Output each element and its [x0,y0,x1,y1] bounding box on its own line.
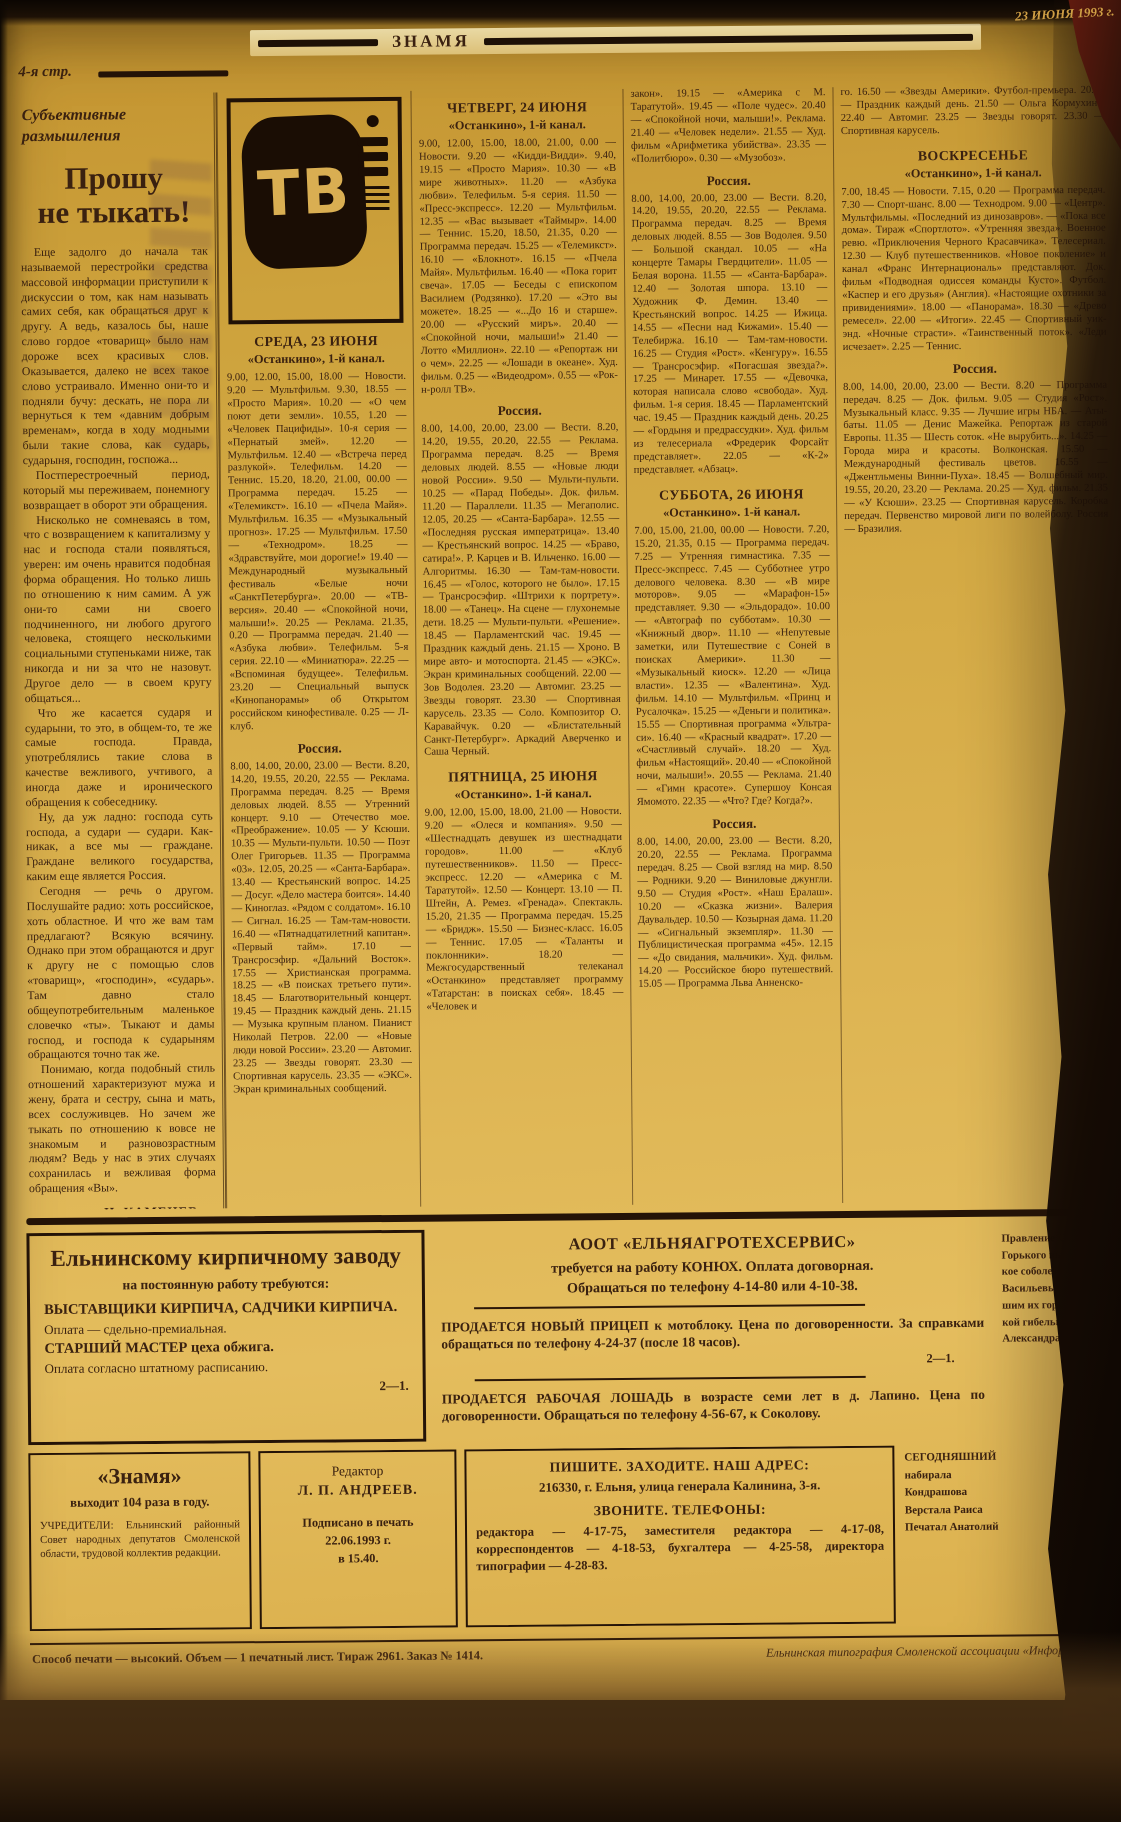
paper-founders: УЧРЕДИТЕЛИ: Ельнинский районный Совет на… [40,1517,240,1561]
channel-heading-rossiya: Россия. [631,172,826,190]
ads-right-stack: АООТ «ЕЛЬНЯАГРОТЕХСЕРВИС» требуется на р… [424,1225,995,1442]
day-heading-saturday: СУББОТА, 26 ИЮНЯ [634,486,829,504]
ad-subtitle: на постоянную работу требуются: [44,1275,408,1294]
tv-listing-friday-continued: закон». 19.15 — «Америка с М. Таратутой»… [630,87,826,166]
ad-title: АООТ «ЕЛЬНЯАГРОТЕХСЕРВИС» [440,1231,983,1256]
classified-ads-section: Ельнинскому кирпичному заводу на постоян… [22,1224,1121,1446]
tv-listing-friday-ostankino: 9.00, 12.00, 15.00, 18.00, 21.00 — Новос… [425,806,624,1014]
contact-box: ПИШИТЕ. ЗАХОДИТЕ. НАШ АДРЕС: 216330, г. … [464,1446,896,1628]
tv-listing-thursday-rossiya: 8.00, 14.00, 20.00, 23.00 — Вести. 8.20,… [421,422,621,760]
editor-name: Л. П. АНДРЕЕВ. [270,1483,446,1501]
channel-heading-rossiya: Россия. [421,402,618,420]
editor-box: Редактор Л. П. АНДРЕЕВ. Подписано в печа… [258,1449,458,1629]
tv-column-friday-saturday: закон». 19.15 — «Америка с М. Таратутой»… [622,87,842,1205]
masthead-strip: ЗНАМЯ [250,24,981,56]
newspaper-masthead: ЗНАМЯ [392,31,470,52]
header-rule-left [98,70,228,77]
page-number-label: 4-я стр. [18,64,72,81]
tv-listing-saturday-rossiya: 8.00, 14.00, 20.00, 23.00 — Вести. 8.20,… [637,835,833,992]
ad-repeat-mark: 2—1. [441,1351,954,1370]
article-paragraph: Нисколько не сомневаясь в том, что с воз… [23,511,212,706]
paper-name: «Знамя» [39,1462,239,1490]
photo-blurred-bottom-edge [0,1632,1121,1822]
tv-listing-wednesday-ostankino: 9.00, 12.00, 15.00, 18.00 — Новости. 9.2… [227,371,409,734]
article-paragraph: Ну, да уж ладно: господа суть господа, а… [26,808,214,884]
tv-logo-marks-icon [356,111,391,212]
article-paragraph: Сегодня — речь о другом. Послушайте ради… [26,883,215,1063]
day-heading-wednesday: СРЕДА, 23 ИЮНЯ [227,333,406,351]
ad-line: требуется на работу КОНЮХ. Оплата догово… [441,1257,984,1279]
photo-dark-top-edge [0,0,1121,26]
day-heading-friday: ПЯТНИЦА, 25 ИЮНЯ [424,768,621,786]
tv-column-wednesday: ТВ СРЕДА, 23 ИЮНЯ «Останкино», 1-й канал… [216,91,420,1209]
ad-line: ВЫСТАВЩИКИ КИРПИЧА, САДЧИКИ КИРПИЧА. [44,1299,408,1319]
tv-listing-saturday-ostankino: 7.00, 15.00, 21.00, 00.00 — Новости. 7.2… [634,524,831,810]
masthead-rule [484,33,973,44]
article-kicker: Субъективные размышления [22,105,207,148]
imprint-boxes: «Знамя» выходит 104 раза в году. УЧРЕДИТ… [24,1444,1121,1632]
editor-label: Редактор [269,1463,445,1481]
channel-heading-rossiya: Россия. [637,815,832,833]
newspaper-sheet: 4-я стр. ЗНАМЯ Субъективные размышления … [0,0,1121,1700]
ad-divider [474,1376,865,1381]
tv-logo-icon: ТВ [240,113,369,270]
page-header: 4-я стр. ЗНАМЯ [12,19,1112,95]
reverse-side-ink-showthrough [150,150,212,450]
paper-issue-frequency: выходит 104 раза в году. [40,1494,240,1511]
ad-line: Обращаться по телефону 4-14-80 или 4-10-… [441,1277,984,1299]
article-signature: И. КАМЕНЕВ. [29,1204,202,1211]
article-paragraph: Постперестроечный период, который мы пер… [23,466,210,512]
photo-dark-left-edge [0,0,8,1822]
ad-horse-sale: ПРОДАЕТСЯ РАБОЧАЯ ЛОШАДЬ в возрасте семи… [442,1386,985,1426]
ad-line: Оплата согласно штатному расписанию. [45,1358,409,1377]
ad-brick-factory: Ельнинскому кирпичному заводу на постоян… [26,1230,426,1445]
scanned-newspaper-page: 4-я стр. ЗНАМЯ Субъективные размышления … [0,0,1121,1822]
channel-subheading: «Останкино», 1-й канал. [227,351,406,368]
phone-numbers: редактора — 4-17-75, заместителя редакто… [476,1521,884,1576]
paper-info-box: «Знамя» выходит 104 раза в году. УЧРЕДИТ… [28,1451,252,1631]
day-heading-thursday: ЧЕТВЕРГ, 24 ИЮНЯ [419,99,616,117]
channel-subheading: «Останкино». 1-й канал. [634,504,829,521]
ad-trailer-sale: ПРОДАЕТСЯ НОВЫЙ ПРИЦЕП к мотоблоку. Цена… [441,1314,984,1371]
ad-line: СТАРШИЙ МАСТЕР цеха обжига. [44,1338,408,1358]
ad-line: Оплата — сдельно-премиальная. [44,1319,408,1338]
tv-logo-box: ТВ [227,97,404,325]
write-heading: ПИШИТЕ. ЗАХОДИТЕ. НАШ АДРЕС: [475,1457,883,1477]
ad-repeat-mark: 2—1. [45,1378,409,1397]
call-heading: ЗВОНИТЕ. ТЕЛЕФОНЫ: [476,1501,884,1521]
article-paragraph: Понимаю, когда подобный стиль отношений … [28,1061,216,1196]
tv-listing-friday-rossiya: 8.00, 14.00, 20.00, 23.00 — Вести. 8.20,… [631,192,828,478]
channel-subheading: «Останкино», 1-й канал. [419,117,616,134]
tv-listing-thursday-ostankino: 9.00, 12.00, 15.00, 18.00, 21.00, 0.00 —… [419,137,618,397]
channel-subheading: «Останкино». 1-й канал. [425,786,622,803]
article-paragraph: Что же касается сударя и сударыни, то эт… [25,704,213,810]
masthead-rule [258,39,378,47]
tv-listing-wednesday-rossiya: 8.00, 14.00, 20.00, 23.00 — Вести. 8.20,… [230,760,412,1098]
ad-divider [474,1304,865,1309]
channel-heading-rossiya: Россия. [230,740,409,758]
ad-agro-service: АООТ «ЕЛЬНЯАГРОТЕХСЕРВИС» требуется на р… [440,1231,984,1299]
address: 216330, г. Ельня, улица генерала Калинин… [476,1477,884,1497]
tv-column-thursday-friday: ЧЕТВЕРГ, 24 ИЮНЯ «Останкино», 1-й канал.… [410,89,632,1207]
ad-title: Ельнинскому кирпичному заводу [44,1243,408,1272]
section-divider-rule [26,1209,1119,1226]
